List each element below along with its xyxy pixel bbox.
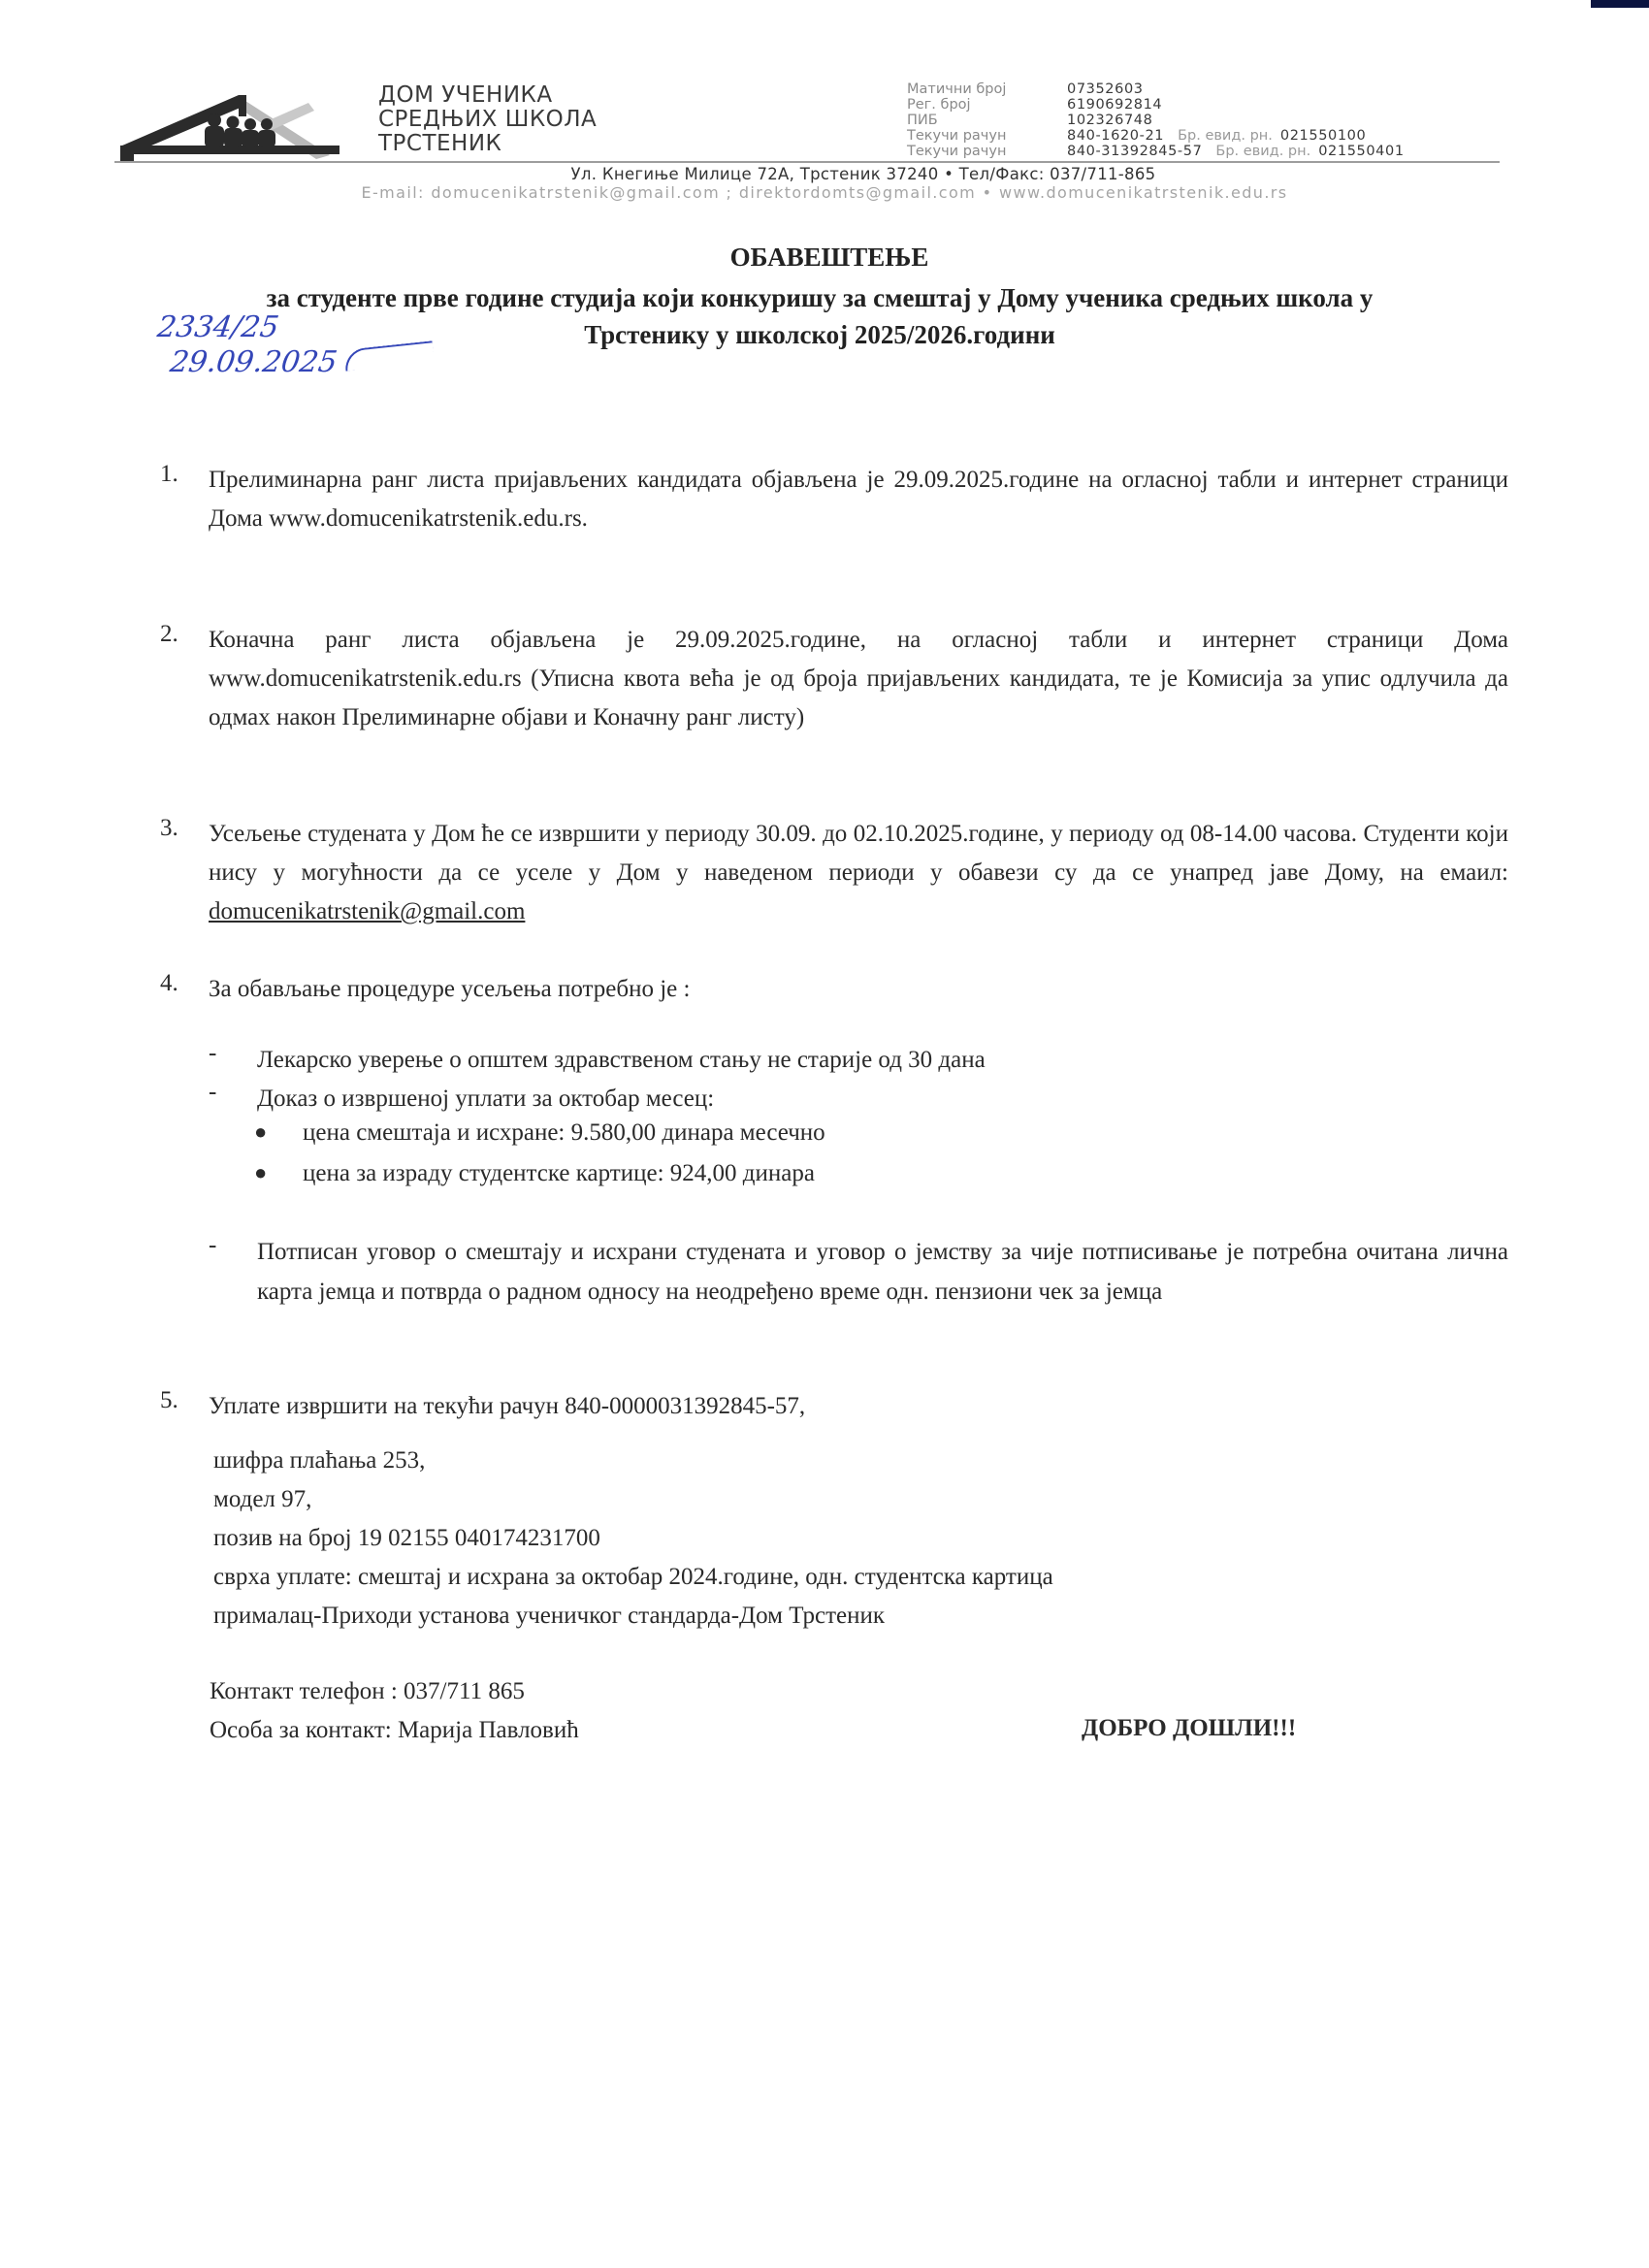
registry-value: 840-31392845-57 — [1067, 144, 1202, 159]
registry-row-account-2: Текучи рачун 840-31392845-57 Бр. евид. р… — [907, 144, 1405, 159]
item-number: 1. — [160, 461, 178, 488]
contact-phone: Контакт телефон : 037/711 865 — [210, 1678, 525, 1705]
notice-item-3: 3. Усељење студената у Дом ће се извршит… — [160, 815, 1508, 931]
registry-label: Текучи рачун — [907, 128, 1067, 144]
requirement-payment-proof: - Доказ о извршеној уплати за октобар ме… — [209, 1079, 1508, 1118]
item-text: Уплате извршити на текући рачун 840-0000… — [209, 1387, 1508, 1426]
payment-code: шифра плаћања 253, — [213, 1442, 425, 1480]
dash-bullet: - — [209, 1040, 216, 1067]
registry-value: 102326748 — [1067, 113, 1152, 128]
org-name-line: ТРСТЕНИК — [378, 132, 597, 156]
item-number: 4. — [160, 970, 178, 997]
registry-value: 07352603 — [1067, 81, 1144, 97]
requirement-medical-certificate: - Лекарско уверење о општем здравственом… — [209, 1040, 1508, 1080]
requirement-text: Доказ о извршеној уплати за октобар месе… — [257, 1079, 1508, 1118]
dash-bullet: - — [209, 1079, 216, 1106]
registry-label: Текучи рачун — [907, 144, 1067, 159]
contact-emails-line: E-mail: domucenikatrstenik@gmail.com ; d… — [0, 183, 1649, 202]
org-name-line: СРЕДЊИХ ШКОЛА — [378, 108, 597, 132]
notice-item-4: 4. За обављање процедуре усељења потребн… — [160, 970, 1508, 1009]
registry-value: 6190692814 — [1067, 97, 1162, 113]
registry-row-account-1: Текучи рачун 840-1620-21 Бр. евид. рн. 0… — [907, 128, 1405, 144]
scan-edge-mark — [1591, 0, 1649, 8]
item-number: 2. — [160, 621, 178, 648]
notice-item-1: 1. Прелиминарна ранг листа пријављених к… — [160, 461, 1508, 538]
payment-model: модел 97, — [213, 1480, 311, 1519]
notice-item-2: 2. Коначна ранг листа објављена је 29.09… — [160, 621, 1508, 737]
registry-extra-value: 021550401 — [1318, 144, 1404, 159]
registry-extra-label: Бр. евид. рн. — [1215, 144, 1310, 159]
stamp-number: 2334/25 — [155, 310, 344, 345]
registry-row-tax-id: ПИБ 102326748 — [907, 113, 1405, 128]
notice-item-5: 5. Уплате извршити на текући рачун 840-0… — [160, 1387, 1508, 1426]
item-text-part: Усељење студената у Дом ће се извршити у… — [209, 821, 1508, 886]
welcome-message: ДОБРО ДОШЛИ!!! — [1082, 1715, 1296, 1742]
registry-value: 840-1620-21 — [1067, 128, 1164, 144]
price-item: ● цена смештаја и исхране: 9.580,00 дина… — [254, 1119, 1418, 1147]
item-text: Коначна ранг листа објављена је 29.09.20… — [209, 621, 1508, 737]
price-text: цена за израду студентске картице: 924,0… — [303, 1160, 1418, 1187]
item-text: За обављање процедуре усељења потребно ј… — [209, 970, 1508, 1009]
registry-row-reg-number: Рег. број 6190692814 — [907, 97, 1405, 113]
dash-bullet: - — [209, 1232, 216, 1259]
requirement-text: Потписан уговор о смештају и исхрани сту… — [257, 1232, 1508, 1312]
item-text: Прелиминарна ранг листа пријављених канд… — [209, 461, 1508, 538]
address-line: Ул. Кнегиње Милице 72А, Трстеник 37240 •… — [0, 165, 1649, 183]
registry-stamp: 2334/25 29.09.2025 — [150, 310, 344, 380]
item-number: 3. — [160, 815, 178, 842]
payment-purpose: сврха уплате: смештај и исхрана за октоб… — [213, 1558, 1053, 1597]
bullet-dot-icon: ● — [254, 1119, 267, 1145]
requirement-text: Лекарско уверење о општем здравственом с… — [257, 1040, 1508, 1080]
registry-label: Матични број — [907, 81, 1067, 97]
price-item: ● цена за израду студентске картице: 924… — [254, 1160, 1418, 1187]
document-title: ОБАВЕШТЕЊЕ — [0, 243, 1649, 273]
registry-row-id-number: Матични број 07352603 — [907, 81, 1405, 97]
item-text: Усељење студената у Дом ће се извршити у… — [209, 815, 1508, 931]
stamp-date: 29.09.2025 — [150, 345, 339, 380]
registry-extra-label: Бр. евид. рн. — [1178, 128, 1273, 144]
payment-reference: позив на број 19 02155 040174231700 — [213, 1519, 600, 1558]
requirement-signed-contract: - Потписан уговор о смештају и исхрани с… — [209, 1232, 1508, 1312]
registry-label: Рег. број — [907, 97, 1067, 113]
organization-name: ДОМ УЧЕНИКА СРЕДЊИХ ШКОЛА ТРСТЕНИК — [378, 83, 597, 156]
price-text: цена смештаја и исхране: 9.580,00 динара… — [303, 1119, 1418, 1147]
letterhead-divider — [114, 161, 1500, 163]
registry-info: Матични број 07352603 Рег. број 61906928… — [907, 81, 1405, 159]
contact-person: Особа за контакт: Марија Павловић — [210, 1717, 579, 1744]
registry-extra-value: 021550100 — [1280, 128, 1366, 144]
registry-label: ПИБ — [907, 113, 1067, 128]
bullet-dot-icon: ● — [254, 1160, 267, 1185]
org-name-line: ДОМ УЧЕНИКА — [378, 83, 597, 108]
item-number: 5. — [160, 1387, 178, 1414]
school-logo-icon — [114, 85, 367, 163]
payment-recipient: прималац-Приходи установа ученичког стан… — [213, 1597, 885, 1636]
email-link[interactable]: domucenikatrstenik@gmail.com — [209, 898, 525, 924]
